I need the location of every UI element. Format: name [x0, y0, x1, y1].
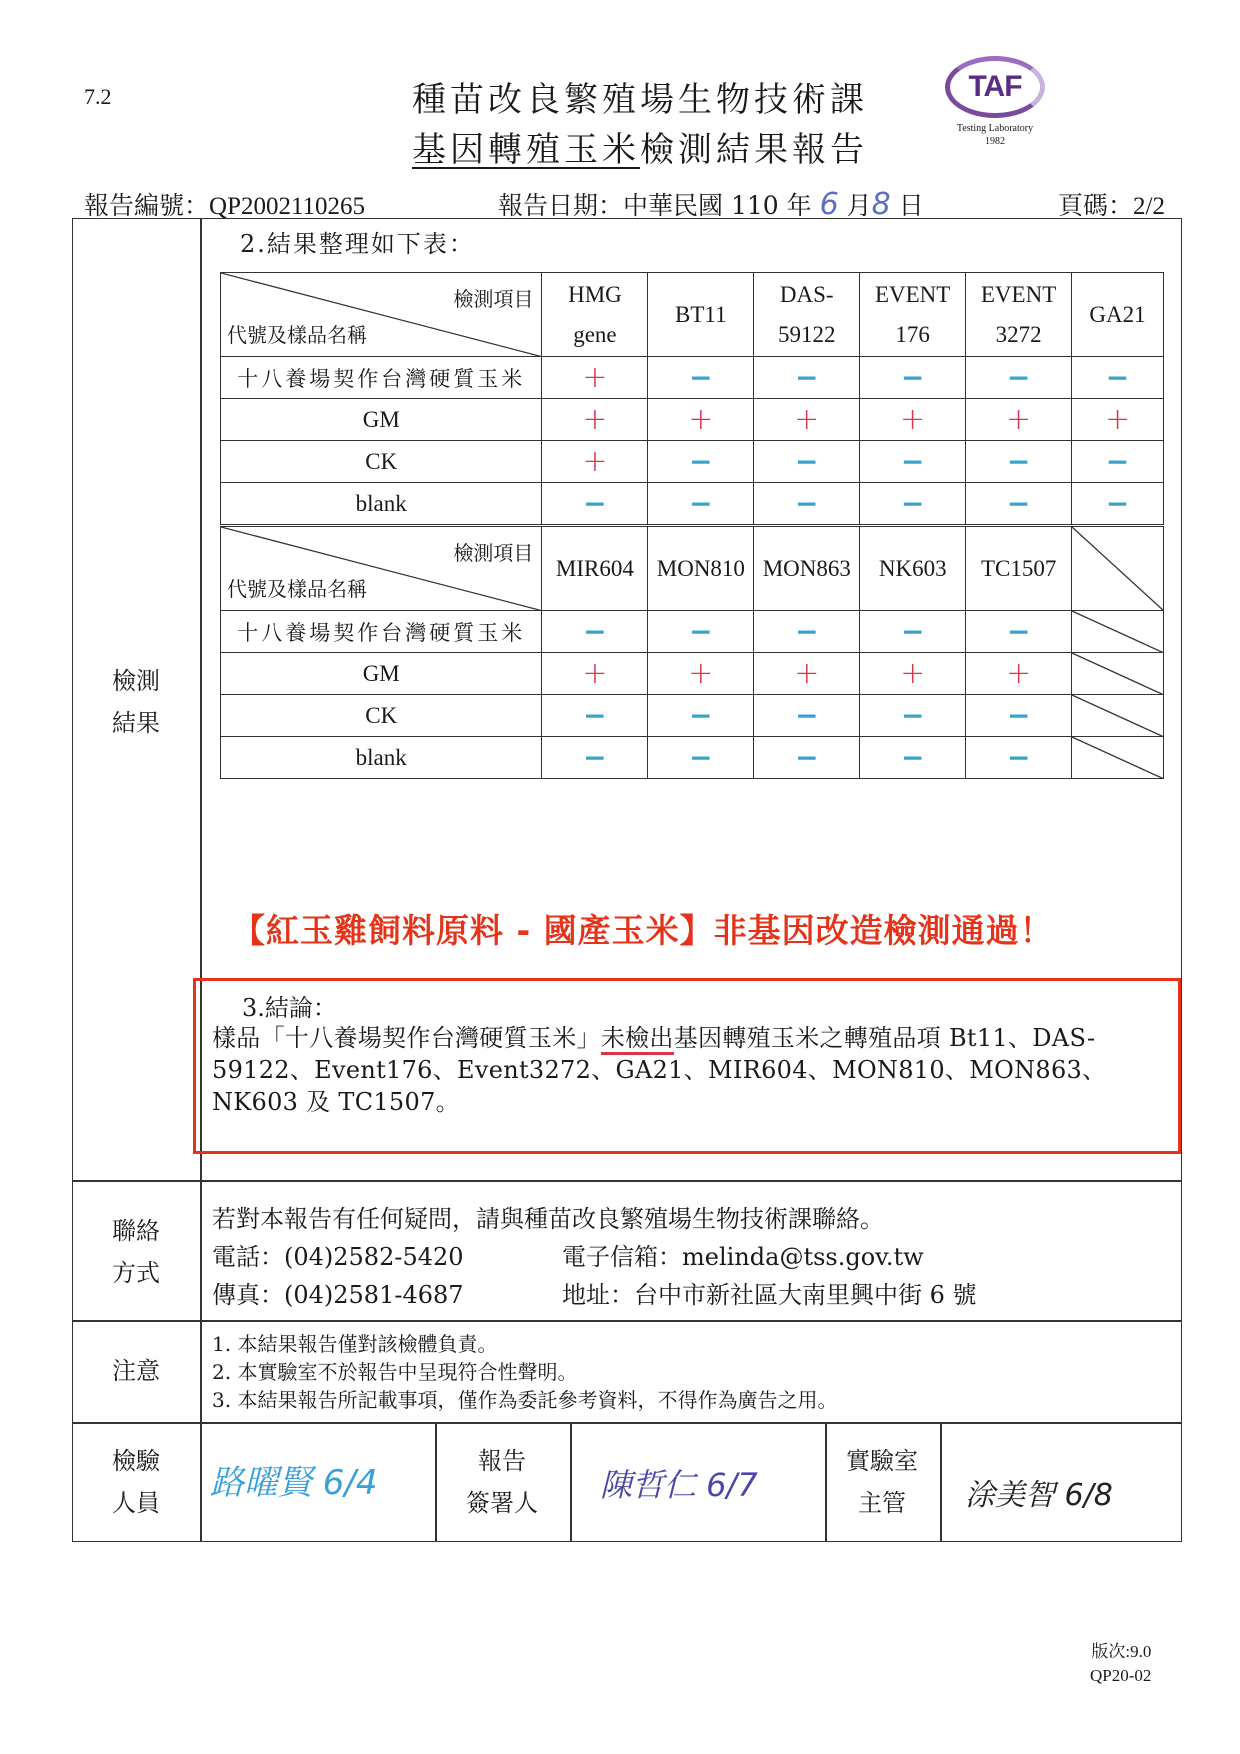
- table-row: 十八養場契作台灣硬質玉米 − − − − −: [221, 611, 1164, 653]
- row-label: 十八養場契作台灣硬質玉米: [221, 611, 542, 653]
- signer-label: 報告簽署人: [438, 1440, 566, 1524]
- result-cell: −: [648, 483, 754, 525]
- conclusion-not-detected: 未檢出: [601, 1024, 674, 1055]
- result-cell: −: [860, 441, 966, 483]
- result-cell: −: [860, 611, 966, 653]
- contact-label: 聯絡方式: [72, 1210, 200, 1294]
- results-label-line2: 結果: [72, 702, 200, 744]
- report-date-label: 報告日期：中華民國 110 年: [498, 191, 812, 220]
- table-row: blank − − − − −: [221, 737, 1164, 779]
- result-cell: +: [860, 653, 966, 695]
- note-item: 1. 本結果報告僅對該檢體負責。: [212, 1330, 837, 1358]
- signer-label-line2: 簽署人: [438, 1482, 566, 1524]
- section-number: 7.2: [84, 84, 112, 110]
- row-label: GM: [221, 399, 542, 441]
- diagonal-line-icon: [1072, 695, 1164, 737]
- contact-intro: 若對本報告有任何疑問，請與種苗改良繁殖場生物技術課聯絡。: [212, 1200, 977, 1238]
- column-header: GA21: [1072, 273, 1164, 357]
- result-cell: −: [648, 357, 754, 399]
- report-title-underlined: 基因轉殖玉米: [412, 130, 640, 170]
- row-divider: [72, 1180, 1182, 1182]
- column-header: MON863: [754, 527, 860, 611]
- result-cell: −: [754, 737, 860, 779]
- report-number-label: 報告編號：: [84, 191, 209, 220]
- results-label: 檢測結果: [72, 660, 200, 744]
- footer: 版次:9.0 QP20-02: [1090, 1640, 1151, 1688]
- table-row: blank − − − − − −: [221, 483, 1164, 525]
- result-cell: −: [542, 483, 648, 525]
- result-cell: −: [1072, 441, 1164, 483]
- result-cell: +: [754, 653, 860, 695]
- empty-cell: [1072, 653, 1164, 695]
- row-divider: [72, 1320, 1182, 1322]
- result-cell: −: [966, 737, 1072, 779]
- row-label: 十八養場契作台灣硬質玉米: [221, 357, 542, 399]
- month-unit: 月: [847, 191, 872, 220]
- corner-bottom-label: 代號及樣品名稱: [227, 573, 367, 602]
- results-label-line1: 檢測: [72, 660, 200, 702]
- signer-label-line1: 報告: [438, 1440, 566, 1482]
- inspector-label-line1: 檢驗: [72, 1440, 200, 1482]
- empty-cell: [1072, 611, 1164, 653]
- supervisor-signature: 涂美智 6/8: [965, 1470, 1113, 1514]
- conclusion-part1: 樣品「十八養場契作台灣硬質玉米」: [212, 1024, 601, 1052]
- taf-ring-icon: TAF: [945, 56, 1045, 118]
- row-divider: [72, 1422, 1182, 1424]
- report-number: 報告編號：QP2002110265: [84, 186, 365, 222]
- result-cell: −: [966, 483, 1072, 525]
- result-cell: +: [966, 399, 1072, 441]
- corner-top-label: 檢測項目: [453, 537, 533, 566]
- inspector-signature: 路曜賢 6/4: [210, 1455, 378, 1504]
- result-cell: −: [754, 483, 860, 525]
- contact-address: 地址：台中市新社區大南里興中街 6 號: [562, 1276, 977, 1314]
- diagonal-line-icon: [1072, 527, 1164, 611]
- supervisor-label-line2: 主管: [818, 1482, 946, 1524]
- report-number-value: QP2002110265: [209, 193, 365, 220]
- org-title: 種苗改良繁殖場生物技術課: [400, 72, 880, 121]
- table-row: GM + + + + + +: [221, 399, 1164, 441]
- row-label: CK: [221, 441, 542, 483]
- result-cell: −: [648, 737, 754, 779]
- result-cell: −: [754, 695, 860, 737]
- table-row: GM + + + + +: [221, 653, 1164, 695]
- result-cell: −: [648, 441, 754, 483]
- result-cell: −: [966, 695, 1072, 737]
- report-date: 報告日期：中華民國 110 年 6 月8 日: [498, 186, 924, 222]
- result-cell: −: [860, 695, 966, 737]
- result-cell: +: [542, 399, 648, 441]
- result-cell: −: [1072, 483, 1164, 525]
- corner-header: 檢測項目 代號及樣品名稱: [221, 527, 542, 611]
- column-header-line1: GA21: [1072, 295, 1163, 335]
- note-item: 2. 本實驗室不於報告中呈現符合性聲明。: [212, 1358, 837, 1386]
- result-cell: −: [860, 737, 966, 779]
- result-cell: −: [754, 611, 860, 653]
- column-header: HMGgene: [542, 273, 648, 357]
- result-cell: −: [860, 483, 966, 525]
- signer-signature: 陳哲仁 6/7: [600, 1460, 758, 1506]
- corner-bottom-label: 代號及樣品名稱: [227, 319, 367, 348]
- taf-logo-text: TAF: [968, 70, 1021, 104]
- column-header-line1: EVENT: [860, 275, 965, 315]
- results-table-1: 檢測項目 代號及樣品名稱 HMGgene BT11 DAS-59122 EVEN…: [220, 272, 1164, 525]
- sig-divider: [570, 1422, 572, 1542]
- column-header: BT11: [648, 273, 754, 357]
- column-header-line1: BT11: [648, 295, 753, 335]
- contact-email[interactable]: 電子信箱：melinda@tss.gov.tw: [562, 1238, 924, 1276]
- notes-label: 注意: [72, 1350, 200, 1392]
- contact-label-line2: 方式: [72, 1252, 200, 1294]
- version-label: 版次:9.0: [1090, 1640, 1151, 1664]
- result-cell: −: [542, 611, 648, 653]
- result-cell: −: [860, 357, 966, 399]
- column-header: EVENT3272: [966, 273, 1072, 357]
- result-cell: −: [542, 737, 648, 779]
- column-header-line2: 59122: [754, 315, 859, 355]
- result-cell: −: [542, 695, 648, 737]
- result-cell: +: [542, 441, 648, 483]
- column-header: MIR604: [542, 527, 648, 611]
- table-row: 十八養場契作台灣硬質玉米 + − − − − −: [221, 357, 1164, 399]
- diagonal-line-icon: [1072, 737, 1164, 779]
- form-code: QP20-02: [1090, 1664, 1151, 1688]
- conclusion-text: 樣品「十八養場契作台灣硬質玉米」未檢出基因轉殖玉米之轉殖品項 Bt11、DAS-…: [212, 1022, 1172, 1118]
- row-label: blank: [221, 737, 542, 779]
- table-header-row: 檢測項目 代號及樣品名稱 MIR604 MON810 MON863 NK603 …: [221, 527, 1164, 611]
- column-header-line2: gene: [542, 315, 647, 355]
- result-cell: +: [542, 357, 648, 399]
- diagonal-line-icon: [1072, 611, 1164, 653]
- results-subheading: 2.結果整理如下表：: [240, 224, 475, 259]
- diagonal-line-icon: [1072, 653, 1164, 695]
- result-cell: +: [648, 399, 754, 441]
- conclusion-title: 3.結論：: [242, 988, 337, 1023]
- report-month: 6: [820, 187, 839, 222]
- result-cell: −: [754, 441, 860, 483]
- corner-header: 檢測項目 代號及樣品名稱: [221, 273, 542, 357]
- column-header-line1: HMG: [542, 275, 647, 315]
- result-cell: +: [860, 399, 966, 441]
- contact-label-line1: 聯絡: [72, 1210, 200, 1252]
- taf-year: 1982: [935, 135, 1055, 148]
- result-cell: +: [966, 653, 1072, 695]
- page-value: 2/2: [1133, 193, 1165, 220]
- column-header-line1: DAS-: [754, 275, 859, 315]
- result-cell: −: [1072, 357, 1164, 399]
- day-unit: 日: [899, 191, 924, 220]
- row-label: GM: [221, 653, 542, 695]
- result-cell: −: [648, 611, 754, 653]
- result-cell: +: [1072, 399, 1164, 441]
- empty-cell: [1072, 695, 1164, 737]
- result-cell: −: [648, 695, 754, 737]
- inspector-label-line2: 人員: [72, 1482, 200, 1524]
- report-day: 8: [872, 187, 891, 222]
- empty-cell: [1072, 527, 1164, 611]
- contact-info: 若對本報告有任何疑問，請與種苗改良繁殖場生物技術課聯絡。 電話：(04)2582…: [212, 1200, 977, 1314]
- frame-divider: [200, 218, 202, 1542]
- row-label: blank: [221, 483, 542, 525]
- column-header: DAS-59122: [754, 273, 860, 357]
- page-label: 頁碼：: [1058, 191, 1133, 220]
- row-label: CK: [221, 695, 542, 737]
- non-gmo-headline: 【紅玉雞飼料原料 - 國產玉米】非基因改造檢測通過！: [232, 905, 1054, 952]
- result-cell: −: [966, 611, 1072, 653]
- taf-logo: TAF Testing Laboratory1982: [935, 56, 1055, 166]
- note-item: 3. 本結果報告所記載事項，僅作為委託參考資料，不得作為廣告之用。: [212, 1386, 837, 1414]
- result-cell: +: [648, 653, 754, 695]
- inspector-label: 檢驗人員: [72, 1440, 200, 1524]
- corner-top-label: 檢測項目: [453, 283, 533, 312]
- result-cell: −: [966, 441, 1072, 483]
- empty-cell: [1072, 737, 1164, 779]
- notes-list: 1. 本結果報告僅對該檢體負責。 2. 本實驗室不於報告中呈現符合性聲明。 3.…: [212, 1330, 837, 1414]
- column-header: NK603: [860, 527, 966, 611]
- contact-phone: 電話：(04)2582-5420: [212, 1238, 562, 1276]
- results-table-2: 檢測項目 代號及樣品名稱 MIR604 MON810 MON863 NK603 …: [220, 526, 1164, 779]
- report-title: 基因轉殖玉米檢測結果報告: [400, 122, 880, 171]
- supervisor-label: 實驗室主管: [818, 1440, 946, 1524]
- column-header-line1: EVENT: [966, 275, 1071, 315]
- column-header: EVENT176: [860, 273, 966, 357]
- table-header-row: 檢測項目 代號及樣品名稱 HMGgene BT11 DAS-59122 EVEN…: [221, 273, 1164, 357]
- page-number: 頁碼：2/2: [1058, 186, 1165, 222]
- supervisor-label-line1: 實驗室: [818, 1440, 946, 1482]
- result-cell: +: [542, 653, 648, 695]
- table-row: CK + − − − − −: [221, 441, 1164, 483]
- taf-sub-label: Testing Laboratory: [935, 122, 1055, 135]
- sig-divider: [435, 1422, 437, 1542]
- column-header-line2: 3272: [966, 315, 1071, 355]
- column-header: TC1507: [966, 527, 1072, 611]
- contact-fax: 傳真：(04)2581-4687: [212, 1276, 562, 1314]
- result-cell: −: [754, 357, 860, 399]
- result-cell: −: [966, 357, 1072, 399]
- report-title-rest: 檢測結果報告: [640, 130, 868, 170]
- column-header: MON810: [648, 527, 754, 611]
- table-row: CK − − − − −: [221, 695, 1164, 737]
- column-header-line2: 176: [860, 315, 965, 355]
- result-cell: +: [754, 399, 860, 441]
